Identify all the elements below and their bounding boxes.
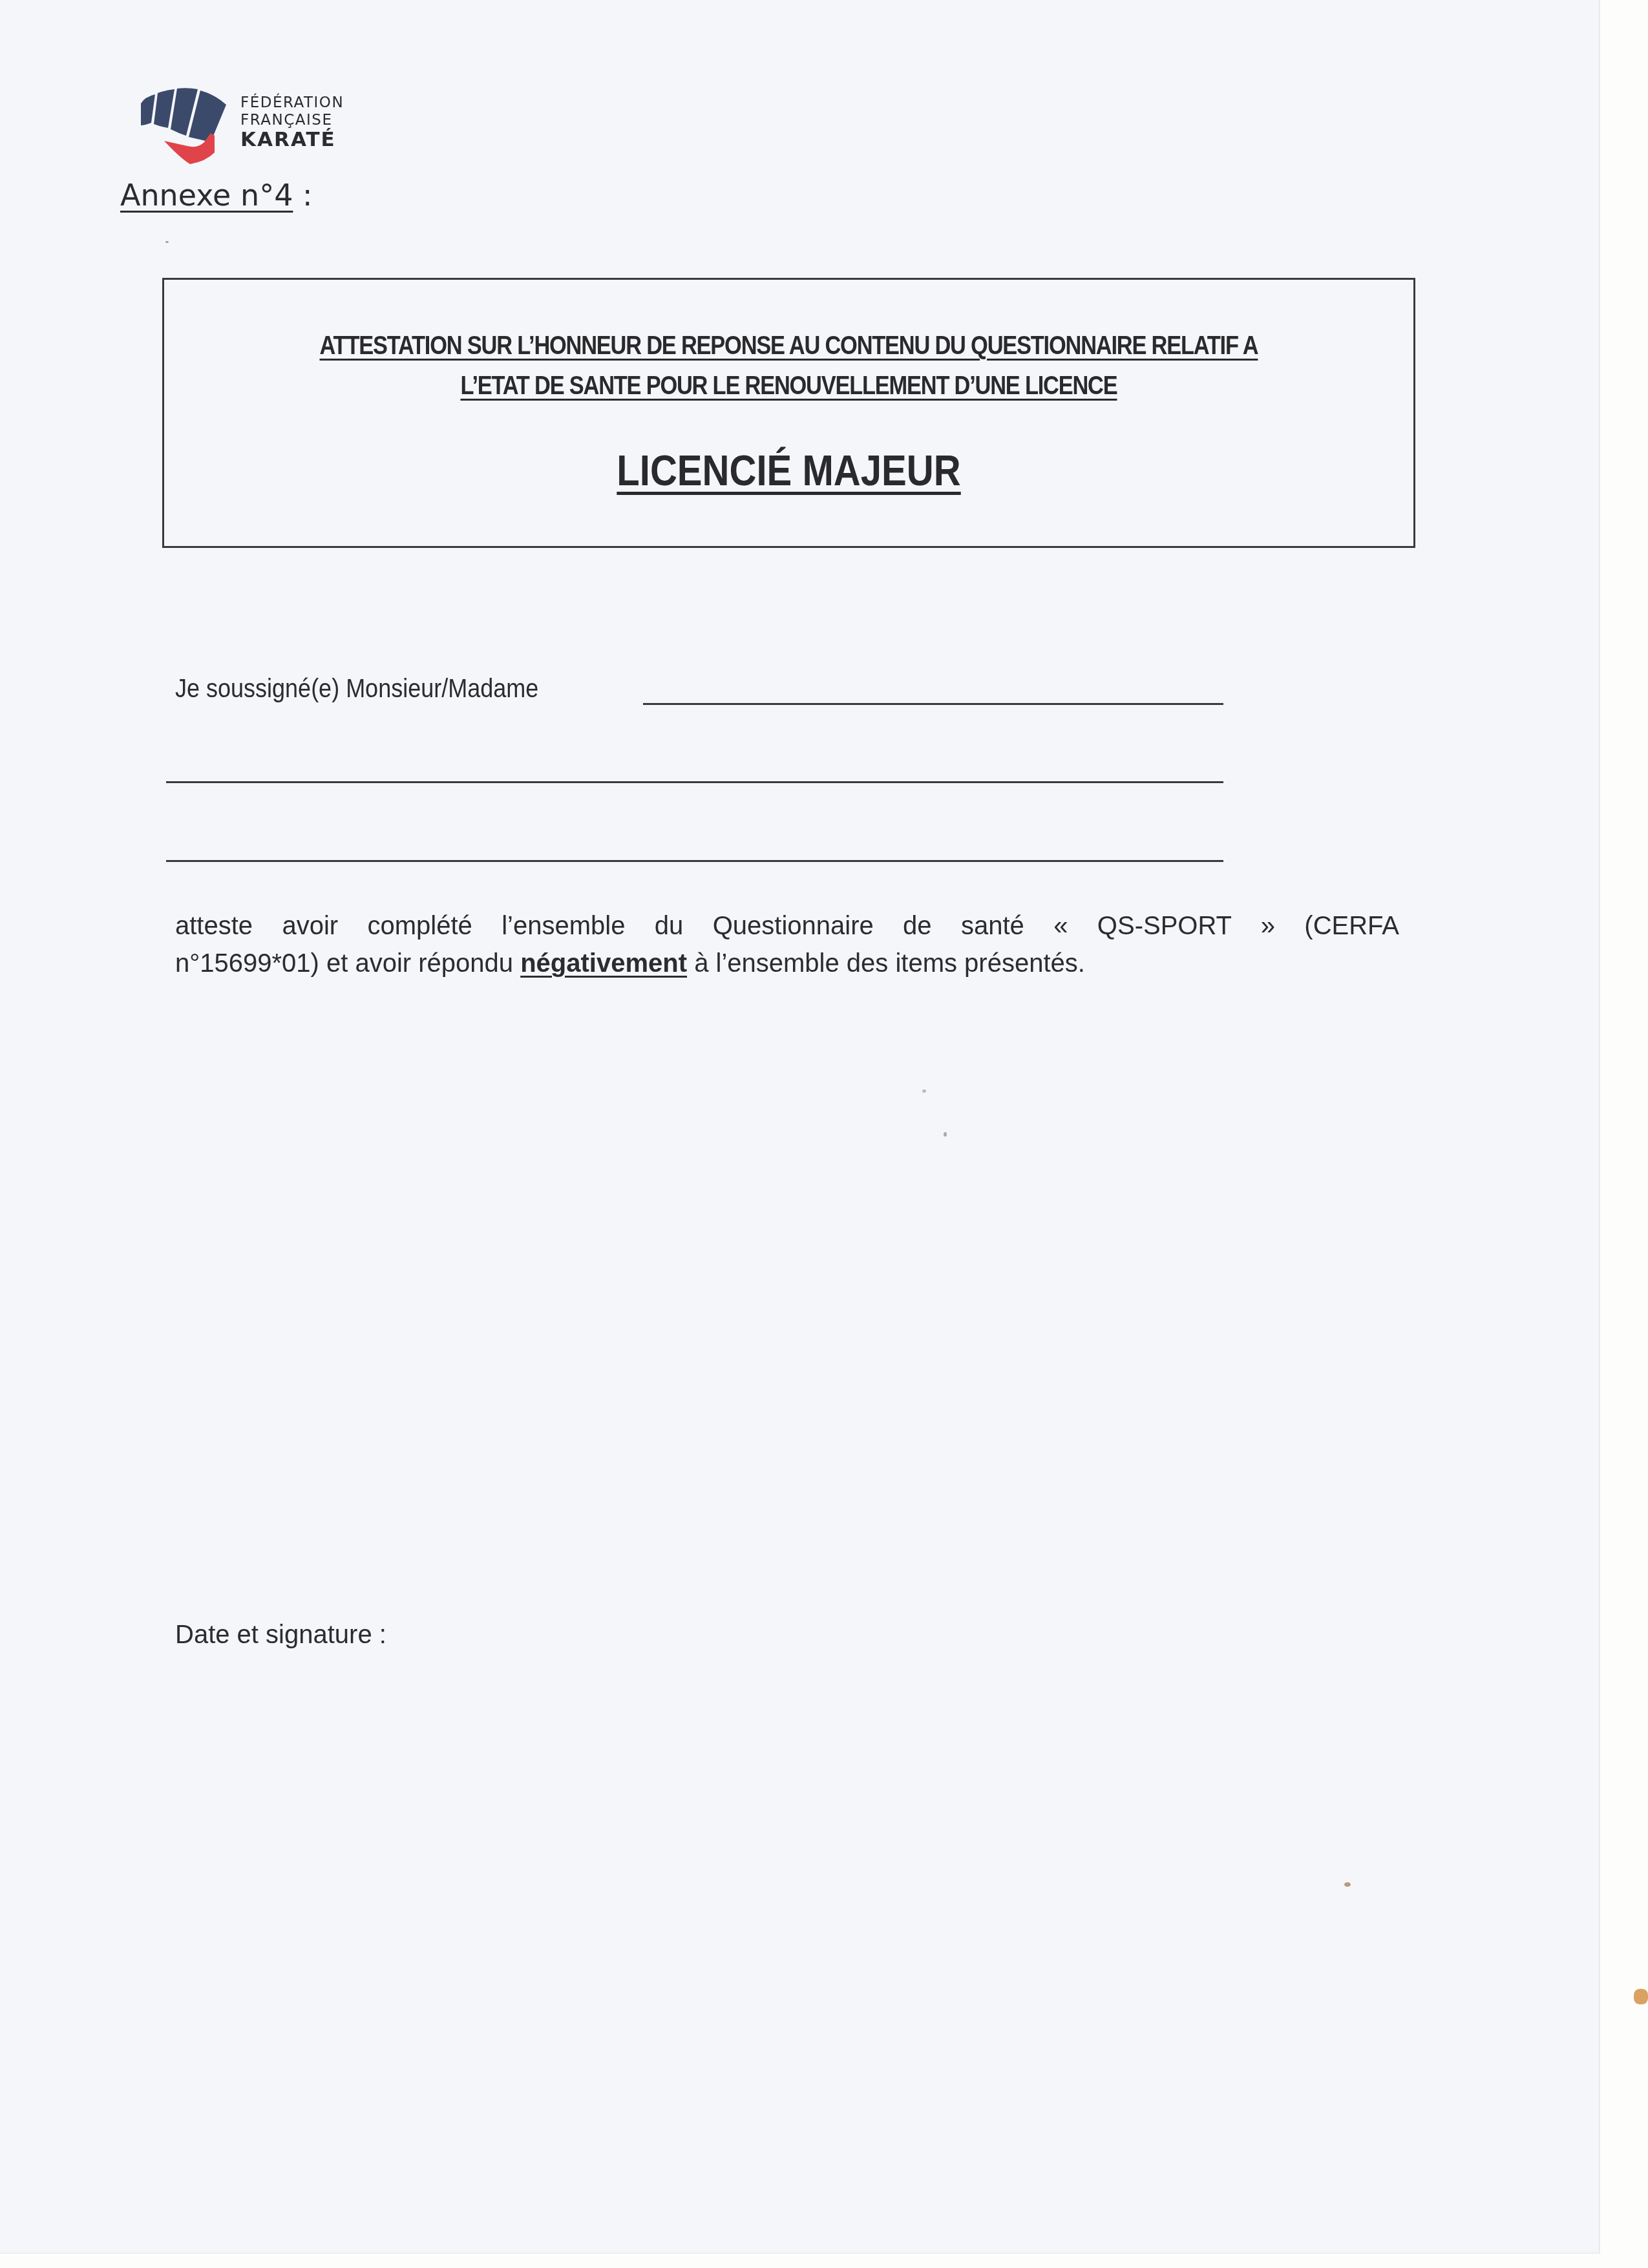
statement-line-2-end: à l’ensemble des items présentés. [687,949,1085,978]
logo-line-federation: FÉDÉRATION [240,94,350,112]
attestation-statement: atteste avoir complété l’ensemble du Que… [175,907,1399,982]
scan-speck [922,1089,926,1093]
document-title-text-2: L’ETAT DE SANTE POUR LE RENOUVELLEMENT D… [461,372,1117,400]
document-title-line-1: ATTESTATION SUR L’HONNEUR DE REPONSE AU … [251,330,1326,362]
name-field-line-3[interactable] [166,860,1223,862]
scan-speck [1634,1989,1648,2004]
logo-line-francaise: FRANÇAISE [240,112,350,129]
name-field-line-2[interactable] [166,781,1223,783]
name-label: Je soussigné(e) Monsieur/Madame [175,672,538,706]
annex-number: Annexe n°4 [120,178,293,213]
signature-area[interactable] [175,1667,1338,1990]
statement-line-1: atteste avoir complété l’ensemble du Que… [175,907,1399,945]
title-box: ATTESTATION SUR L’HONNEUR DE REPONSE AU … [162,278,1415,548]
statement-emphasis: négativement [520,949,687,978]
statement-line-2: n°15699*01) et avoir répondu négativemen… [175,945,1399,982]
name-field-line-1[interactable] [643,703,1223,705]
scan-speck [165,241,169,243]
document-title-text-1: ATTESTATION SUR L’HONNEUR DE REPONSE AU … [320,331,1258,360]
date-signature-label: Date et signature : [175,1617,386,1653]
scan-speck [944,1132,947,1137]
subtitle-text: LICENCIÉ MAJEUR [617,446,960,494]
ffk-logo-icon [138,85,229,168]
document-subtitle: LICENCIÉ MAJEUR [239,445,1338,496]
logo-line-karate: KARATÉ [240,129,350,151]
annex-colon: : [293,178,312,213]
document-title-line-2: L’ETAT DE SANTE POUR LE RENOUVELLEMENT D… [251,370,1326,402]
scan-speck [1344,1882,1351,1887]
statement-line-2-start: n°15699*01) et avoir répondu [175,949,520,978]
annex-label: Annexe n°4 : [120,176,313,215]
federation-name: FÉDÉRATION FRANÇAISE KARATÉ [240,94,350,151]
